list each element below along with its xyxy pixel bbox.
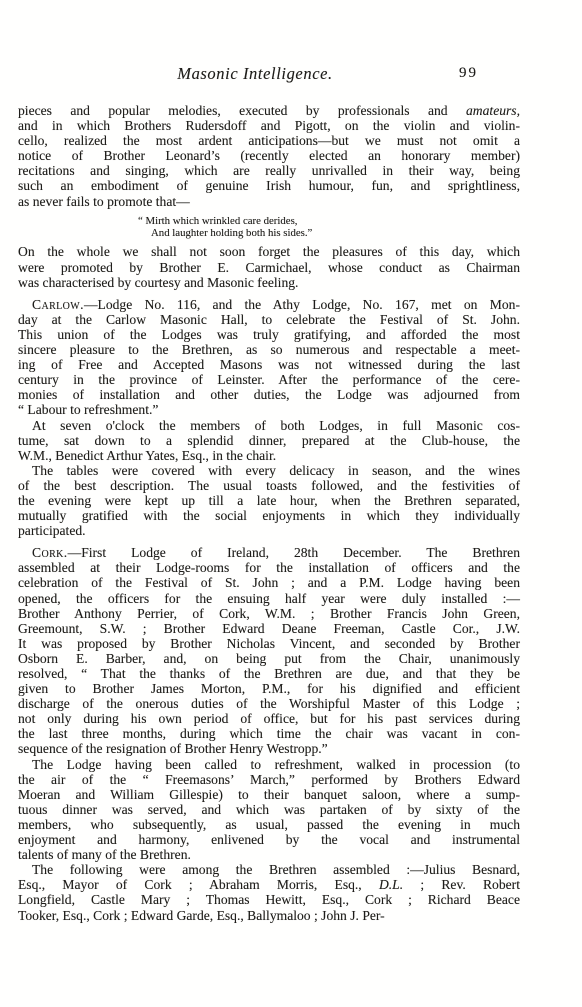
text-line: “ Mirth which wrinkled care derides,	[138, 215, 520, 227]
text-line: Carlow.—Lodge No. 116, and the Athy Lodg…	[18, 297, 520, 312]
text-line: opened, the officers for the ensuing hal…	[18, 591, 520, 606]
page-body: pieces and popular melodies, executed by…	[18, 103, 520, 923]
paragraph: At seven o'clock the members of both Lod…	[18, 418, 520, 463]
text-line: sequence of the resignation of Brother H…	[18, 741, 520, 756]
text-line: given to Brother James Morton, P.M., for…	[18, 681, 520, 696]
text-segment: participated.	[18, 523, 86, 538]
text-line: discharge of the onerous duties of the W…	[18, 696, 520, 711]
text-segment: amateurs,	[466, 103, 520, 118]
text-line: Longfield, Castle Mary ; Thomas Hewitt, …	[18, 892, 520, 907]
text-line: the evening were kept up till a late hou…	[18, 493, 520, 508]
scanned-book-page: Masonic Intelligence. 99 pieces and popu…	[0, 0, 582, 1007]
text-line: At seven o'clock the members of both Lod…	[18, 418, 520, 433]
text-segment: talents of many of the Brethren.	[18, 847, 191, 862]
text-line: celebration of the Festival of St. John …	[18, 575, 520, 590]
text-segment: W.M., Benedict Arthur Yates, Esq., in th…	[18, 448, 276, 463]
text-segment: The following were among the Brethren as…	[32, 862, 520, 877]
text-line: recitations and singing, which are reall…	[18, 163, 520, 178]
text-line: It was proposed by Brother Nicholas Vinc…	[18, 636, 520, 651]
text-segment: The tables were covered with every delic…	[32, 463, 520, 478]
text-segment: members, who subsequently, as usual, pas…	[18, 817, 520, 832]
paragraph: Carlow.—Lodge No. 116, and the Athy Lodg…	[18, 297, 520, 418]
text-segment: —First Lodge of Ireland, 28th December. …	[68, 545, 520, 560]
text-line: not only during his own period of office…	[18, 711, 520, 726]
text-segment: such an embodiment of genuine Irish humo…	[18, 178, 520, 193]
text-line: Cork.—First Lodge of Ireland, 28th Decem…	[18, 545, 520, 560]
text-line: members, who subsequently, as usual, pas…	[18, 817, 520, 832]
text-line: sincere pleasure to the Brethren, as so …	[18, 342, 520, 357]
text-segment: recitations and singing, which are reall…	[18, 163, 520, 178]
paragraph: pieces and popular melodies, executed by…	[18, 103, 520, 209]
text-line: W.M., Benedict Arthur Yates, Esq., in th…	[18, 448, 520, 463]
text-segment: Tooker, Esq., Cork ; Edward Garde, Esq.,…	[18, 908, 385, 923]
text-line: was characterised by courtesy and Masoni…	[18, 275, 520, 290]
text-segment: as never fails to promote that—	[18, 194, 190, 209]
text-line: ing of Free and Accepted Masons was not …	[18, 357, 520, 372]
text-line: Osborn E. Barber, and, on being put from…	[18, 651, 520, 666]
text-line: as never fails to promote that—	[18, 194, 520, 209]
text-segment: ing of Free and Accepted Masons was not …	[18, 357, 520, 372]
text-segment: and in which Brothers Rudersdoff and Pig…	[18, 118, 520, 133]
text-line: Tooker, Esq., Cork ; Edward Garde, Esq.,…	[18, 908, 520, 923]
text-segment: ; Rev. Robert	[403, 877, 520, 892]
text-segment: sincere pleasure to the Brethren, as so …	[18, 342, 520, 357]
text-segment: the last three months, during which time…	[18, 726, 520, 741]
text-line: tume, sat down to a splendid dinner, pre…	[18, 433, 520, 448]
text-segment: enjoyment and harmony, enlivened by the …	[18, 832, 520, 847]
text-segment: notice of Brother Leonard’s (recently el…	[18, 148, 520, 163]
text-segment: not only during his own period of office…	[18, 711, 520, 726]
running-head: Masonic Intelligence. 99	[18, 64, 520, 86]
text-line: On the whole we shall not soon forget th…	[18, 244, 520, 259]
text-segment: the air of the “ Freemasons’ March,” per…	[18, 772, 520, 787]
text-segment: the evening were kept up till a late hou…	[18, 493, 520, 508]
text-segment: The Lodge having been called to refreshm…	[32, 757, 520, 772]
paragraph: The tables were covered with every delic…	[18, 463, 520, 538]
text-line: Esq., Mayor of Cork ; Abraham Morris, Es…	[18, 877, 520, 892]
text-segment: sequence of the resignation of Brother H…	[18, 741, 328, 756]
text-line: century in the province of Leinster. Aft…	[18, 372, 520, 387]
text-line: This union of the Lodges was truly grati…	[18, 327, 520, 342]
text-line: enjoyment and harmony, enlivened by the …	[18, 832, 520, 847]
text-segment: day at the Carlow Masonic Hall, to celeb…	[18, 312, 520, 327]
text-segment: were promoted by Brother E. Carmichael, …	[18, 260, 520, 275]
text-line: Greemount, S.W. ; Brother Edward Deane F…	[18, 621, 520, 636]
text-line: the air of the “ Freemasons’ March,” per…	[18, 772, 520, 787]
text-segment: On the whole we shall not soon forget th…	[18, 244, 520, 259]
text-segment: assembled at their Lodge-rooms for the i…	[18, 560, 520, 575]
text-segment: This union of the Lodges was truly grati…	[18, 327, 520, 342]
text-line: day at the Carlow Masonic Hall, to celeb…	[18, 312, 520, 327]
text-segment: given to Brother James Morton, P.M., for…	[18, 681, 520, 696]
paragraph: The Lodge having been called to refreshm…	[18, 757, 520, 863]
text-segment: mutually gratified with the social enjoy…	[18, 508, 520, 523]
text-segment: And laughter holding both his sides.”	[151, 227, 312, 239]
verse-quote: “ Mirth which wrinkled care derides,And …	[138, 215, 520, 240]
text-segment: Esq., Mayor of Cork ; Abraham Morris, Es…	[18, 877, 379, 892]
text-line: And laughter holding both his sides.”	[138, 227, 520, 239]
text-segment: of the best description. The usual toast…	[18, 478, 520, 493]
text-segment: resolved, “ That the thanks of the Breth…	[18, 666, 520, 681]
text-segment: tuous dinner was served, and which was p…	[18, 802, 520, 817]
text-segment: Carlow.	[32, 297, 84, 312]
text-segment: “ Labour to refreshment.”	[18, 402, 158, 417]
text-line: assembled at their Lodge-rooms for the i…	[18, 560, 520, 575]
text-segment: “ Mirth which wrinkled care derides,	[138, 215, 298, 227]
page-number: 99	[459, 65, 478, 82]
text-line: cello, realized the most ardent anticipa…	[18, 133, 520, 148]
text-line: The tables were covered with every delic…	[18, 463, 520, 478]
text-segment: Moeran and William Gillespie) to their b…	[18, 787, 520, 802]
text-line: and in which Brothers Rudersdoff and Pig…	[18, 118, 520, 133]
text-segment: was characterised by courtesy and Masoni…	[18, 275, 298, 290]
text-segment: opened, the officers for the ensuing hal…	[18, 591, 520, 606]
text-segment: Brother Anthony Perrier, of Cork, W.M. ;…	[18, 606, 520, 621]
page-title: Masonic Intelligence.	[4, 64, 506, 84]
text-line: such an embodiment of genuine Irish humo…	[18, 178, 520, 193]
text-line: participated.	[18, 523, 520, 538]
text-segment: century in the province of Leinster. Aft…	[18, 372, 520, 387]
text-segment: It was proposed by Brother Nicholas Vinc…	[18, 636, 520, 651]
text-line: resolved, “ That the thanks of the Breth…	[18, 666, 520, 681]
text-segment: At seven o'clock the members of both Lod…	[32, 418, 520, 433]
text-segment: Cork.	[32, 545, 68, 560]
text-segment: celebration of the Festival of St. John …	[18, 575, 520, 590]
text-segment: cello, realized the most ardent anticipa…	[18, 133, 520, 148]
paragraph: The following were among the Brethren as…	[18, 862, 520, 922]
text-line: pieces and popular melodies, executed by…	[18, 103, 520, 118]
text-line: Moeran and William Gillespie) to their b…	[18, 787, 520, 802]
text-line: notice of Brother Leonard’s (recently el…	[18, 148, 520, 163]
text-line: were promoted by Brother E. Carmichael, …	[18, 260, 520, 275]
text-segment: Osborn E. Barber, and, on being put from…	[18, 651, 520, 666]
text-segment: D.L.	[379, 877, 403, 892]
text-segment: tume, sat down to a splendid dinner, pre…	[18, 433, 520, 448]
text-line: Brother Anthony Perrier, of Cork, W.M. ;…	[18, 606, 520, 621]
text-line: mutually gratified with the social enjoy…	[18, 508, 520, 523]
text-line: tuous dinner was served, and which was p…	[18, 802, 520, 817]
text-segment: pieces and popular melodies, executed by…	[18, 103, 466, 118]
text-segment: Greemount, S.W. ; Brother Edward Deane F…	[18, 621, 520, 636]
text-line: monies of installation and other duties,…	[18, 387, 520, 402]
text-line: “ Labour to refreshment.”	[18, 402, 520, 417]
text-segment: monies of installation and other duties,…	[18, 387, 520, 402]
text-line: the last three months, during which time…	[18, 726, 520, 741]
text-segment: —Lodge No. 116, and the Athy Lodge, No. …	[84, 297, 520, 312]
text-segment: discharge of the onerous duties of the W…	[18, 696, 520, 711]
paragraph: On the whole we shall not soon forget th…	[18, 244, 520, 289]
text-line: The following were among the Brethren as…	[18, 862, 520, 877]
text-line: talents of many of the Brethren.	[18, 847, 520, 862]
paragraph: Cork.—First Lodge of Ireland, 28th Decem…	[18, 545, 520, 756]
text-line: The Lodge having been called to refreshm…	[18, 757, 520, 772]
text-segment: Longfield, Castle Mary ; Thomas Hewitt, …	[18, 892, 520, 907]
text-line: of the best description. The usual toast…	[18, 478, 520, 493]
